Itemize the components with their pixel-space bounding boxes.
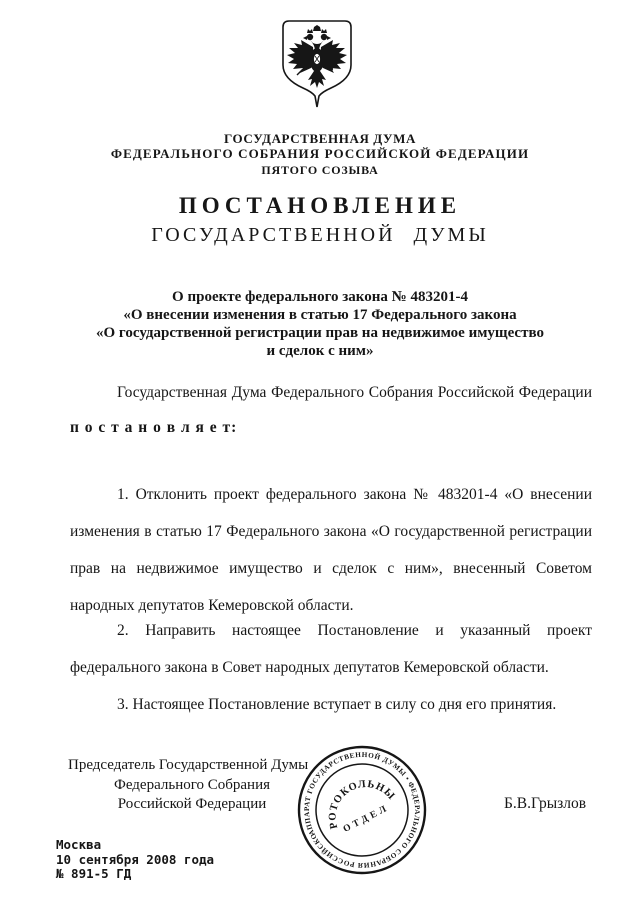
stamp-center-line-2: ОТДЕЛ (342, 803, 391, 835)
footer-date: 10 сентября 2008 года (56, 853, 214, 868)
signer-title-line-1: Председатель Государственной Думы (68, 756, 316, 776)
subject-line-3: «О государственной регистрации прав на н… (60, 324, 580, 342)
doc-footer: Москва 10 сентября 2008 года № 891-5 ГД (56, 838, 214, 882)
letterhead-org-full: ФЕДЕРАЛЬНОГО СОБРАНИЯ РОССИЙСКОЙ ФЕДЕРАЦ… (0, 146, 640, 162)
coat-of-arms-icon (279, 18, 355, 114)
svg-text:ПРОТОКОЛЬНЫЙ: ПРОТОКОЛЬНЫЙ (271, 724, 399, 848)
doc-title-issuer: ГОСУДАРСТВЕННОЙ ДУМЫ (0, 224, 640, 247)
footer-city: Москва (56, 838, 214, 853)
preamble: Государственная Дума Федерального Собран… (70, 383, 592, 402)
letterhead: ГОСУДАРСТВЕННАЯ ДУМА ФЕДЕРАЛЬНОГО СОБРАН… (0, 131, 640, 178)
doc-title: ПОСТАНОВЛЕНИЕ (0, 193, 640, 219)
svg-text:АППАРАТ ГОСУДАРСТВЕННОЙ ДУМЫ •: АППАРАТ ГОСУДАРСТВЕННОЙ ДУМЫ • ФЕДЕРАЛЬН… (271, 719, 442, 895)
stamp-center-line-1: ПРОТОКОЛЬНЫЙ (271, 724, 399, 848)
emblem-eagle (287, 25, 347, 88)
document-page: ГОСУДАРСТВЕННАЯ ДУМА ФЕДЕРАЛЬНОГО СОБРАН… (0, 0, 640, 900)
stamp-inner-ring (300, 748, 424, 872)
subject-line-2: «О внесении изменения в статью 17 Федера… (60, 306, 580, 324)
paragraph-1: 1. Отклонить проект федерального закона … (70, 476, 592, 624)
signer-name: Б.В.Грызлов (504, 795, 586, 813)
stamp-ring-text: АППАРАТ ГОСУДАРСТВЕННОЙ ДУМЫ • ФЕДЕРАЛЬН… (271, 719, 442, 895)
subject-line-1: О проекте федерального закона № 483201-4 (60, 288, 580, 306)
stamp-outer-ring (277, 725, 446, 894)
resolves-word: п о с т а н о в л я е т: (70, 419, 237, 437)
letterhead-org: ГОСУДАРСТВЕННАЯ ДУМА (0, 131, 640, 146)
paragraph-2: 2. Направить настоящее Постановление и у… (70, 612, 592, 686)
subject-line-4: и сделок с ним» (60, 342, 580, 360)
protocol-stamp-icon: АППАРАТ ГОСУДАРСТВЕННОЙ ДУМЫ • ФЕДЕРАЛЬН… (271, 719, 454, 900)
doc-subject: О проекте федерального закона № 483201-4… (60, 288, 580, 360)
footer-number: № 891-5 ГД (56, 867, 214, 882)
paragraph-3: 3. Настоящее Постановление вступает в си… (70, 686, 592, 723)
letterhead-convocation: ПЯТОГО СОЗЫВА (0, 162, 640, 178)
